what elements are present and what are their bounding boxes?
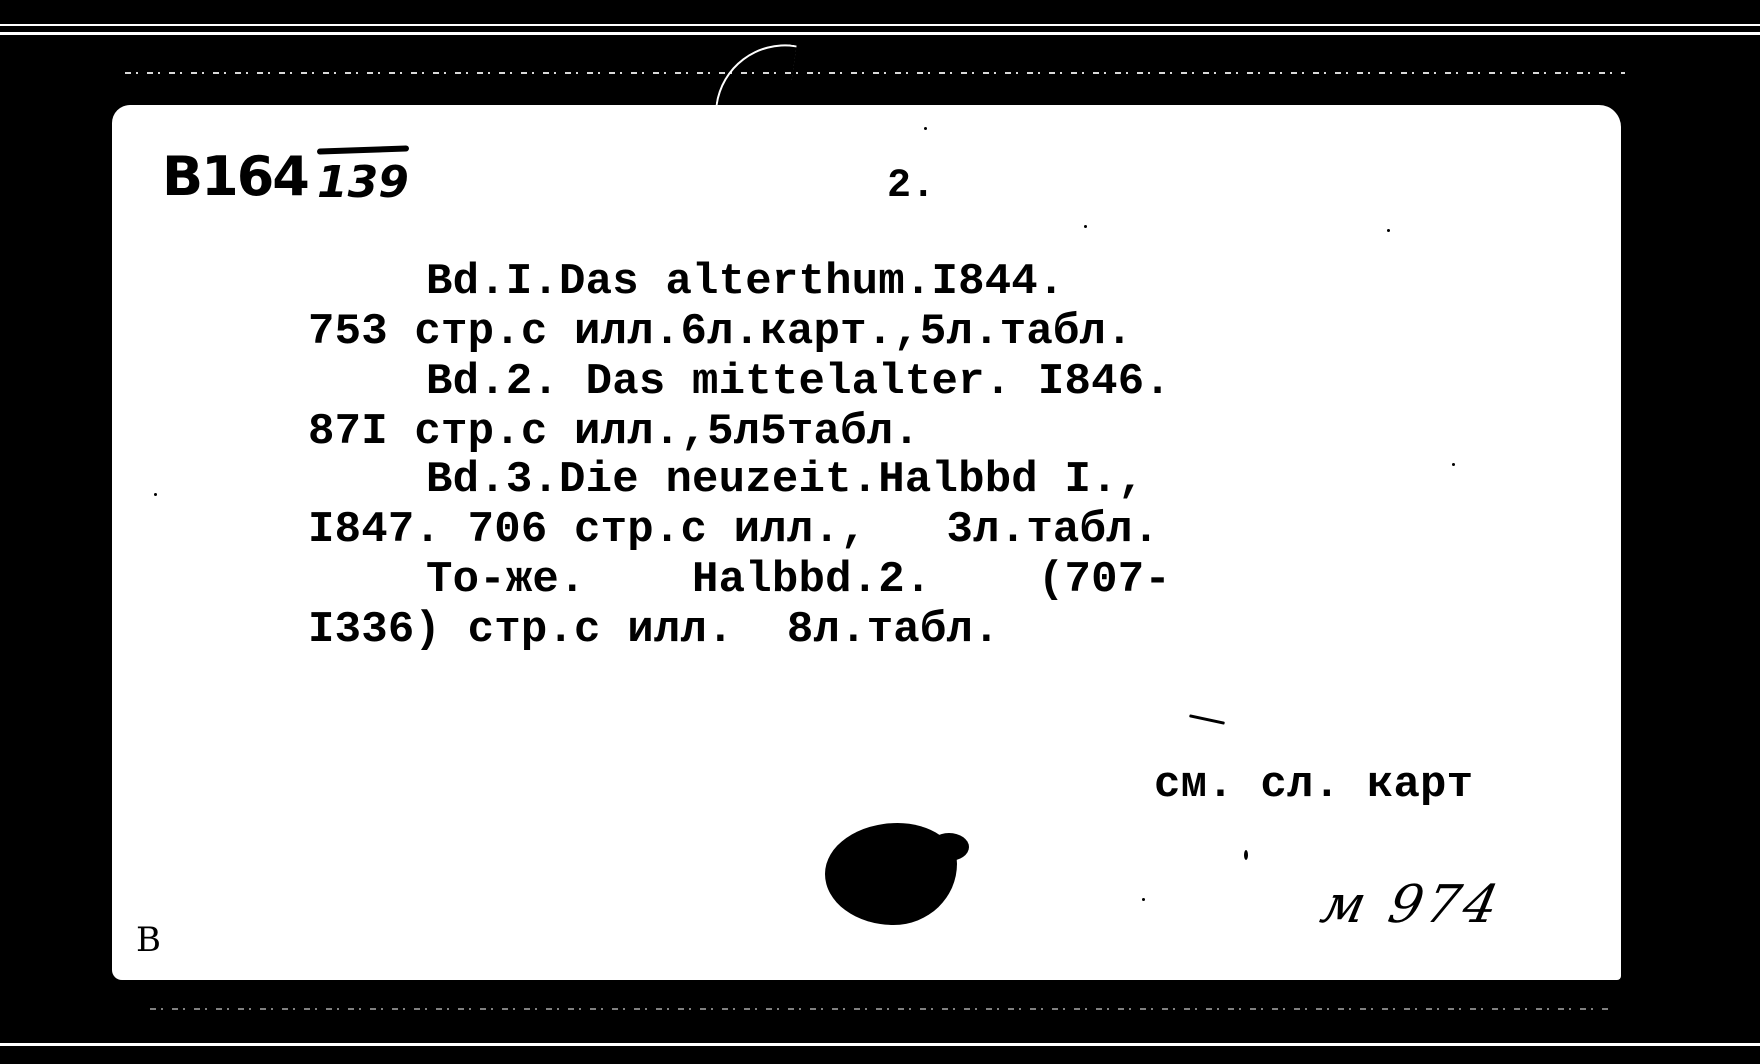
call-number: B164 [162,145,308,208]
speck [1084,225,1087,228]
catalog-card: B164 139 2. Bd.I.Das alterthum.I844. 753… [112,105,1621,980]
entry-line-6: I847. 706 стр.с илл., 3л.табл. [308,508,1159,552]
speck [1244,850,1248,860]
call-number-sub: 139 [317,157,409,208]
entry-line-1: Bd.I.Das alterthum.I844. [426,260,1065,304]
scan-border-line-top-2 [0,32,1760,35]
scan-border-line-top-1 [0,24,1760,26]
speck [1189,714,1225,724]
scan-dotted-line-top [125,72,1625,74]
ink-blot [825,823,957,925]
scan-border-line-bottom [0,1043,1760,1046]
entry-line-3: Bd.2. Das mittelalter. I846. [426,360,1171,404]
see-next-card-note: см. сл. карт [1154,763,1473,807]
speck [1387,229,1390,232]
speck [924,127,927,130]
scan-dotted-line-bottom [150,1008,1610,1010]
speck [1142,898,1145,901]
entry-line-4: 87I стр.с илл.,5л5табл. [308,410,920,454]
speck [1452,463,1455,466]
entry-line-2: 753 стр.с илл.6л.карт.,5л.табл. [308,310,1133,354]
speck [154,493,157,496]
shelf-mark: м 974 [1316,875,1508,935]
entry-line-5: Bd.3.Die neuzeit.Halbbd I., [426,458,1144,502]
entry-line-8: I336) стр.с илл. 8л.табл. [308,608,1000,652]
entry-line-7: То-же. Halbbd.2. (707- [426,558,1171,602]
card-number: 2. [887,167,935,207]
corner-mark: В [136,920,161,960]
